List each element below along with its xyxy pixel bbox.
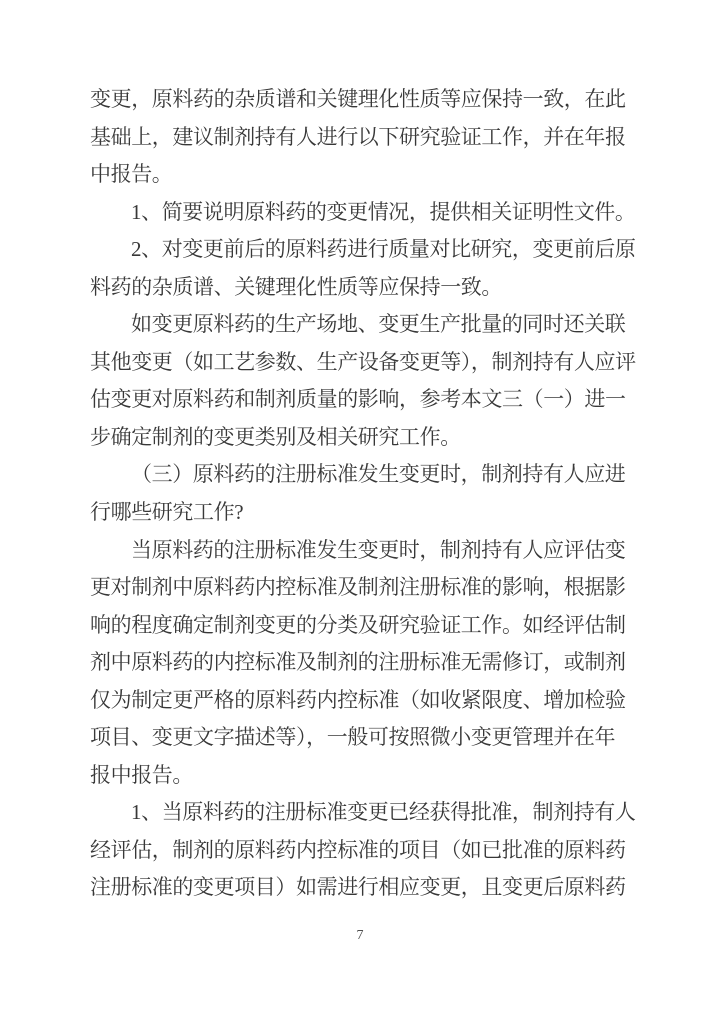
text-line: 2、对变更前后的原料药进行质量对比研究，变更前后原 xyxy=(90,231,635,269)
text-line: 更对制剂中原料药内控标准及制剂注册标准的影响，根据影 xyxy=(90,569,635,607)
text-line: （三）原料药的注册标准发生变更时，制剂持有人应进 xyxy=(90,456,635,494)
text-line: 变更，原料药的杂质谱和关键理化性质等应保持一致，在此 xyxy=(90,81,635,119)
text-line: 剂中原料药的内控标准及制剂的注册标准无需修订，或制剂 xyxy=(90,644,635,682)
text-line: 料药的杂质谱、关键理化性质等应保持一致。 xyxy=(90,269,635,307)
text-line: 步确定制剂的变更类别及相关研究工作。 xyxy=(90,419,635,457)
text-line: 基础上，建议制剂持有人进行以下研究验证工作，并在年报 xyxy=(90,119,635,157)
document-body: 变更，原料药的杂质谱和关键理化性质等应保持一致，在此 基础上，建议制剂持有人进行… xyxy=(90,81,635,907)
text-line: 报中报告。 xyxy=(90,757,635,795)
text-line: 注册标准的变更项目）如需进行相应变更，且变更后原料药 xyxy=(90,869,635,907)
document-page: 变更，原料药的杂质谱和关键理化性质等应保持一致，在此 基础上，建议制剂持有人进行… xyxy=(0,0,720,1018)
text-line: 仅为制定更严格的原料药内控标准（如收紧限度、增加检验 xyxy=(90,682,635,720)
text-line: 中报告。 xyxy=(90,156,635,194)
text-line: 当原料药的注册标准发生变更时，制剂持有人应评估变 xyxy=(90,532,635,570)
text-line: 1、简要说明原料药的变更情况，提供相关证明性文件。 xyxy=(90,194,635,232)
text-line: 其他变更（如工艺参数、生产设备变更等），制剂持有人应评 xyxy=(90,344,635,382)
text-line: 响的程度确定制剂变更的分类及研究验证工作。如经评估制 xyxy=(90,607,635,645)
page-number: 7 xyxy=(0,928,720,944)
text-line: 项目、变更文字描述等），一般可按照微小变更管理并在年 xyxy=(90,719,635,757)
text-line: 1、当原料药的注册标准变更已经获得批准，制剂持有人 xyxy=(90,794,635,832)
text-line: 行哪些研究工作? xyxy=(90,494,635,532)
text-line: 如变更原料药的生产场地、变更生产批量的同时还关联 xyxy=(90,306,635,344)
text-line: 估变更对原料药和制剂质量的影响，参考本文三（一）进一 xyxy=(90,381,635,419)
text-line: 经评估，制剂的原料药内控标准的项目（如已批准的原料药 xyxy=(90,832,635,870)
